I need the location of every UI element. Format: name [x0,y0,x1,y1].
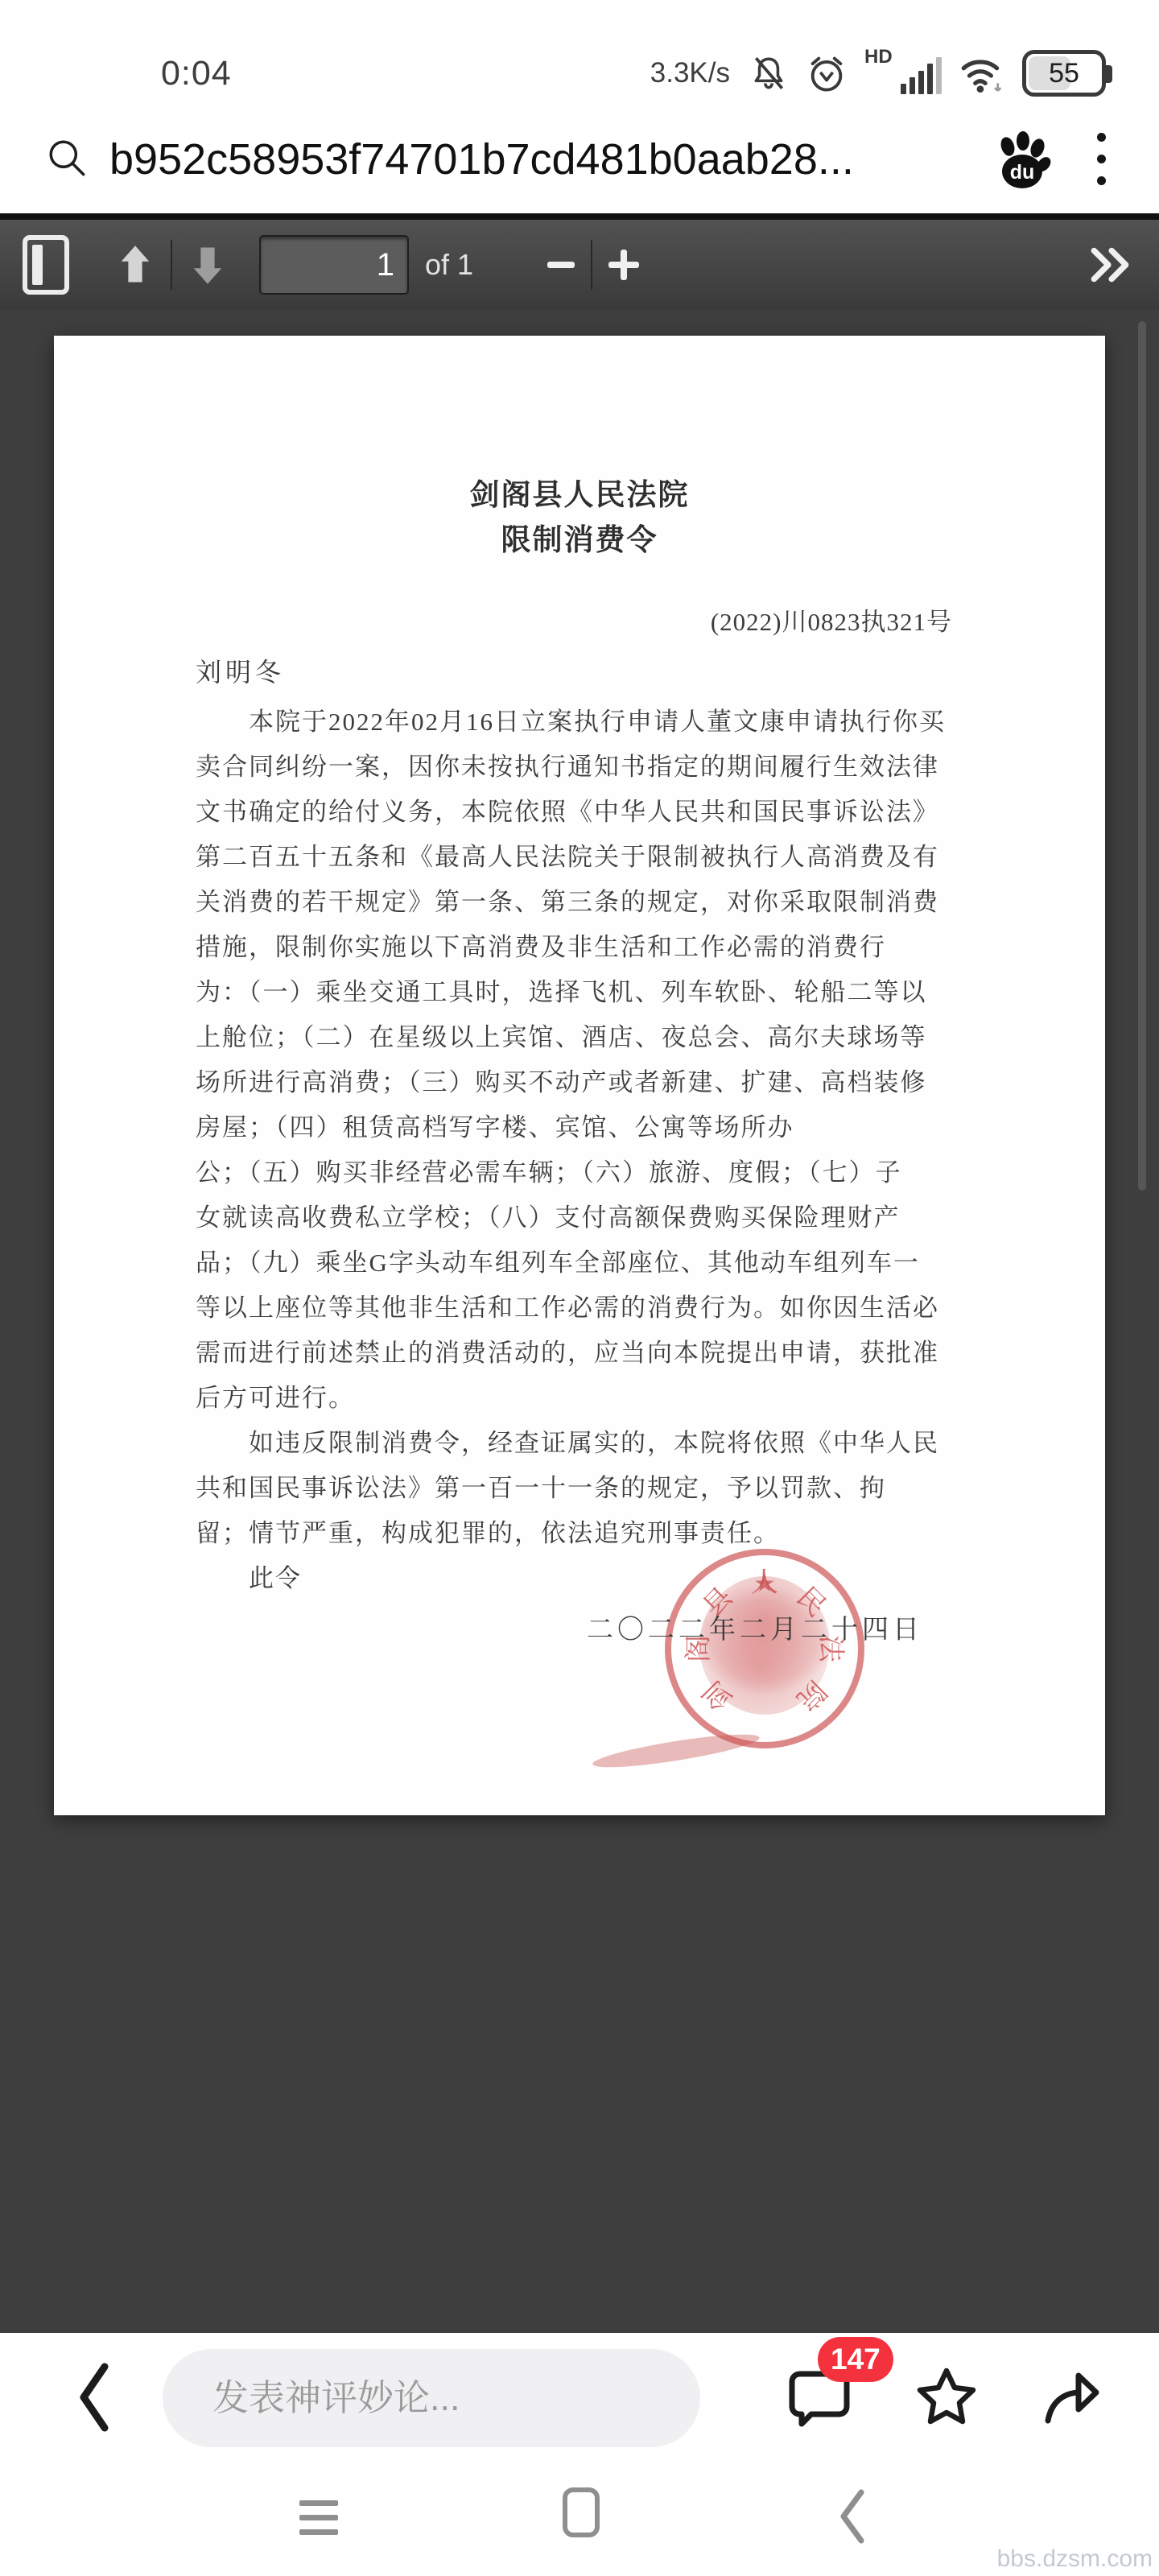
document-line: 本院于2022年02月16日立案执行申请人董文康申请执行你买 [196,700,968,745]
document-line: 共和国民事诉讼法》第一百一十一条的规定，予以罚款、拘 [196,1466,968,1511]
document-line: 措施，限制你实施以下高消费及非生活和工作必需的消费行 [196,925,968,970]
document-court-name: 剑阁县人民法院 [54,470,1105,514]
battery-icon: 55 [1022,50,1106,97]
document-line: 留；情节严重，构成犯罪的，依法追究刑事责任。 [196,1511,968,1556]
browser-url-bar[interactable]: b952c58953f74701b7cd481b0aab28... du [0,113,1159,213]
document-line: 上舱位；（二）在星级以上宾馆、酒店、夜总会、高尔夫球场等 [196,1015,968,1060]
arrow-down-icon [188,242,227,287]
minus-icon [547,262,575,268]
double-chevron-right-icon [1088,246,1132,283]
sidebar-toggle-icon [23,235,69,295]
zoom-in-button[interactable] [608,250,639,280]
document-line: 此令 [196,1556,968,1601]
document-line: 女就读高收费私立学校；（八）支付高额保费购买保险理财产 [196,1195,968,1241]
clock: 0:04 [161,54,232,93]
seal-ink-smudge [591,1728,761,1774]
document-line: 场所进行高消费；（三）购买不动产或者新建、扩建、高档装修 [196,1060,968,1105]
comment-input[interactable] [163,2377,700,2419]
share-arrow-icon [1038,2364,1106,2432]
status-bar: 0:04 3.3K/s HD 55 [0,0,1159,113]
document-date: 二〇二二年二月二十四日 [587,1608,923,1646]
android-nav-bar: bbs.dzsm.com [0,2463,1159,2576]
addressee-name: 刘明冬 [196,652,285,689]
alarm-clock-icon [806,52,848,94]
scrollbar-thumb[interactable] [1138,321,1146,1191]
wifi-icon [959,52,1005,95]
pdf-viewer: 剑阁县人民法院 限制消费令 (2022)川0823执321号 刘明冬 本院于20… [0,310,1159,2333]
document-page: 剑阁县人民法院 限制消费令 (2022)川0823执321号 刘明冬 本院于20… [54,336,1105,1815]
zoom-out-button[interactable] [547,262,575,268]
document-line: 等以上座位等其他非生活和工作必需的消费行为。如你因生活必 [196,1286,968,1331]
mute-bell-icon [749,53,789,93]
previous-page-button[interactable] [116,242,155,287]
page-number-input[interactable] [261,237,407,293]
arrow-up-icon [116,242,155,287]
sidebar-toggle-button[interactable] [23,235,69,295]
chevron-left-icon [74,2360,113,2434]
baidu-icon[interactable]: du [991,129,1052,190]
document-line: 公；（五）购买非经营必需车辆；（六）旅游、度假；（七）子 [196,1150,968,1195]
document-line: 房屋；（四）租赁高档写字楼、宾馆、公寓等场所办 [196,1105,968,1150]
pdf-toolbar: of 1 [0,213,1159,310]
next-page-button[interactable] [188,242,227,287]
plus-icon [608,250,639,280]
nav-back-button[interactable] [834,2486,869,2547]
favorite-button[interactable] [913,2364,980,2432]
document-line: 卖合同纠纷一案，因你未按执行通知书指定的期间履行生效法律 [196,745,968,790]
browser-menu-button[interactable] [1089,128,1114,190]
document-line: 如违反限制消费令，经查证属实的，本院将依照《中华人民 [196,1421,968,1466]
comment-input-pill[interactable] [163,2349,700,2447]
share-button[interactable] [1038,2364,1106,2432]
document-line: 品；（九）乘坐G字头动车组列车全部座位、其他动车组列车一 [196,1241,968,1286]
document-line: 为：（一）乘坐交通工具时，选择飞机、列车软卧、轮船二等以 [196,970,968,1015]
home-button[interactable] [563,2487,600,2537]
comment-bar: 147 [0,2333,1159,2463]
document-body: 本院于2022年02月16日立案执行申请人董文康申请执行你买卖合同纠纷一案，因你… [196,700,968,1601]
toolbar-more-button[interactable] [1088,246,1132,283]
comment-count-badge: 147 [818,2337,893,2382]
page-number-box [259,235,409,295]
recents-button[interactable] [299,2500,338,2535]
watermark: bbs.dzsm.com [997,2545,1153,2573]
search-icon [45,136,92,183]
document-line: 需而进行前述禁止的消费活动的，应当向本院提出申请，获批准 [196,1331,968,1376]
document-line: 第二百五十五条和《最高人民法院关于限制被执行人高消费及有 [196,835,968,880]
svg-text:du: du [1010,161,1035,184]
comments-button[interactable]: 147 [784,2361,855,2436]
document-line: 文书确定的给付义务，本院依照《中华人民共和国民事诉讼法》 [196,790,968,835]
battery-level: 55 [1026,54,1102,93]
document-line: 关消费的若干规定》第一条、第三条的规定，对你采取限制消费 [196,880,968,925]
page-count-label: of 1 [425,248,473,282]
star-icon [913,2364,980,2432]
document-line: 后方可进行。 [196,1376,968,1421]
back-button[interactable] [74,2360,113,2437]
network-speed: 3.3K/s [650,57,730,89]
case-number: (2022)川0823执321号 [711,601,952,638]
cell-signal-icon: HD [864,51,942,96]
url-text[interactable]: b952c58953f74701b7cd481b0aab28... [109,134,991,184]
document-title: 限制消费令 [54,515,1105,559]
hd-label: HD [864,46,893,68]
